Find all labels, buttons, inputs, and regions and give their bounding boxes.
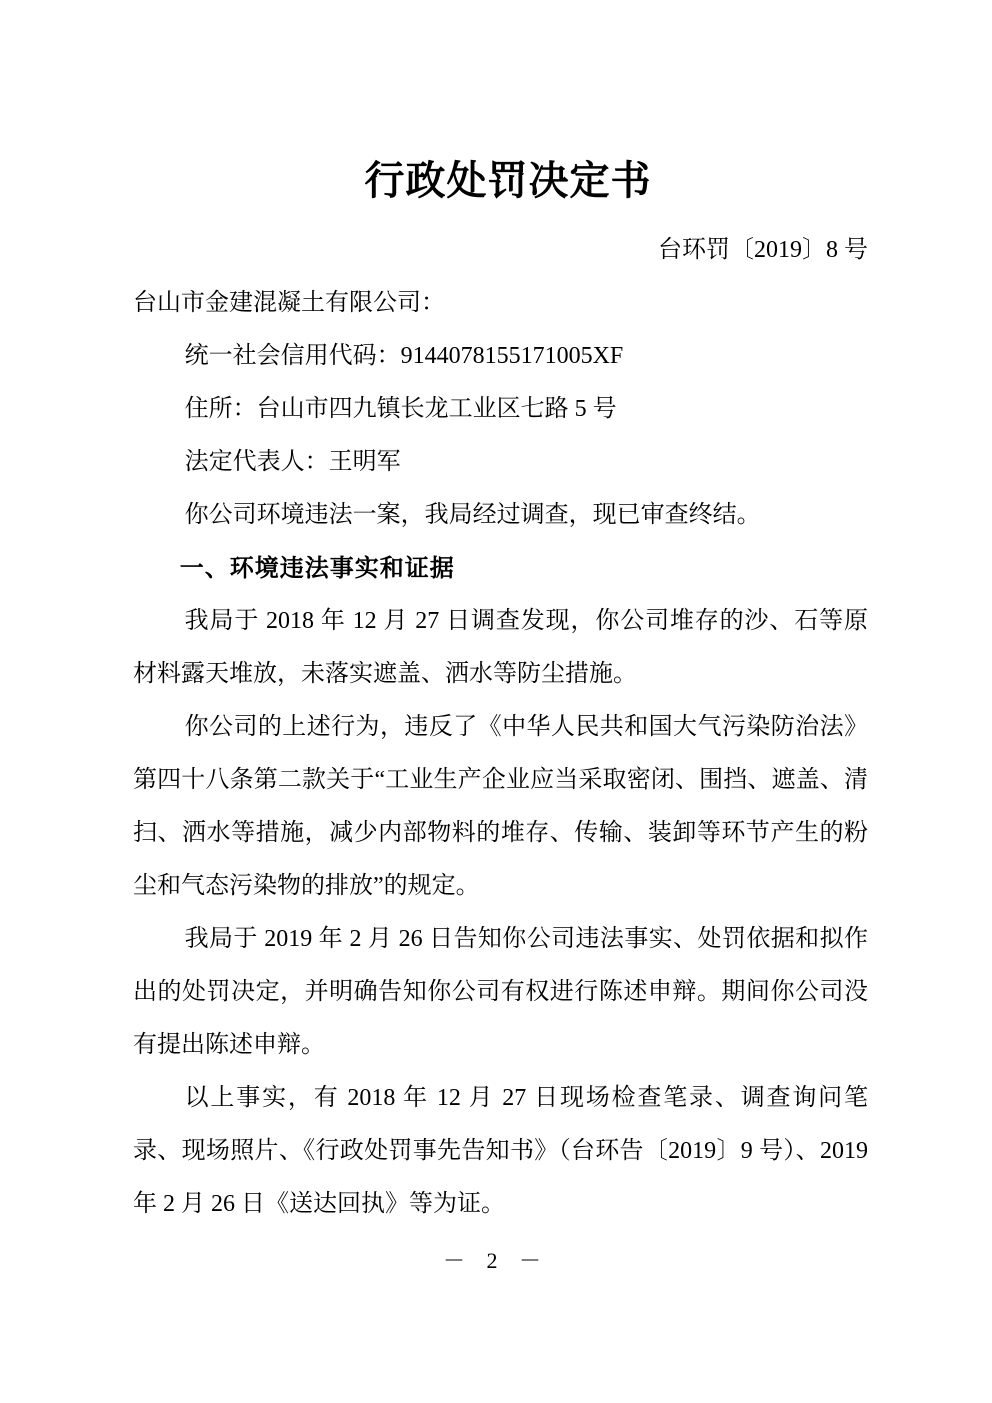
document-title: 行政处罚决定书 bbox=[0, 0, 992, 204]
penalty-decision-page: 行政处罚决定书 台环罚〔2019〕8 号 台山市金建混凝土有限公司： 统一社会信… bbox=[0, 0, 992, 1403]
section1-paragraph-evidence: 以上事实，有 2018 年 12 月 27 日现场检查笔录、调查询问笔录、现场照… bbox=[133, 1072, 868, 1231]
opening-paragraph: 你公司环境违法一案，我局经过调查，现已审查终结。 bbox=[133, 489, 868, 542]
section1-paragraph-law-violated: 你公司的上述行为，违反了《中华人民共和国大气污染防治法》第四十八条第二款关于“工… bbox=[133, 701, 868, 913]
legal-representative-line: 法定代表人：王明军 bbox=[133, 436, 868, 489]
credit-code-line: 统一社会信用代码：9144078155171005XF bbox=[133, 330, 868, 383]
section1-paragraph-notification: 我局于 2019 年 2 月 26 日告知你公司违法事实、处罚依据和拟作出的处罚… bbox=[133, 913, 868, 1072]
section1-paragraph-findings: 我局于 2018 年 12 月 27 日调查发现，你公司堆存的沙、石等原材料露天… bbox=[133, 595, 868, 701]
recipient-line: 台山市金建混凝土有限公司： bbox=[133, 277, 868, 330]
document-body: 台山市金建混凝土有限公司： 统一社会信用代码：9144078155171005X… bbox=[133, 277, 868, 1231]
address-line: 住所：台山市四九镇长龙工业区七路 5 号 bbox=[133, 383, 868, 436]
document-number: 台环罚〔2019〕8 号 bbox=[0, 236, 992, 265]
page-number: － 2 － bbox=[0, 1246, 992, 1277]
section1-heading: 一、环境违法事实和证据 bbox=[133, 542, 868, 595]
